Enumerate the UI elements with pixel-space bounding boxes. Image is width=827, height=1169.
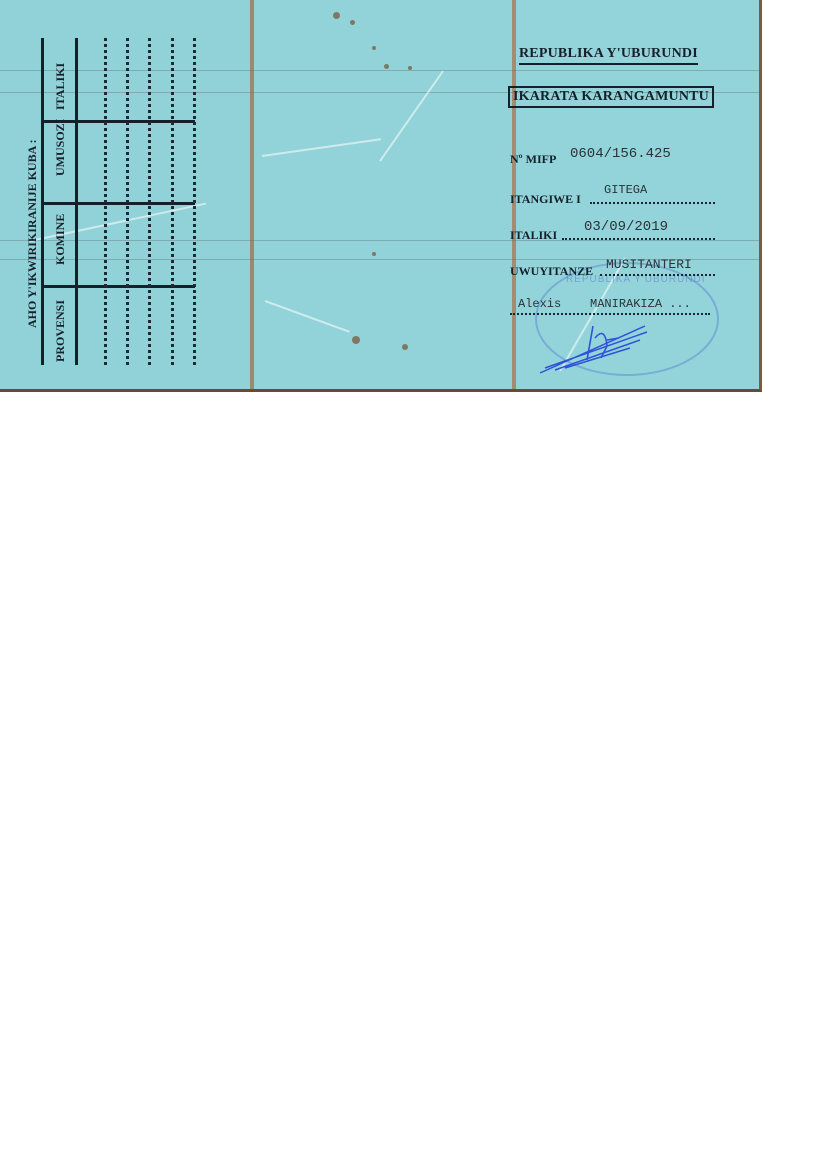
column-komine: KOMINE (53, 214, 68, 265)
stain (333, 12, 340, 19)
entry-line (193, 38, 196, 365)
entry-line (171, 38, 174, 365)
issuer-name: Alexis MANIRAKIZA ... (518, 297, 691, 311)
card-title: IKARATA KARANGAMUNTU (508, 86, 714, 108)
entry-line (104, 38, 107, 365)
issuer-label: UWUYITANZE (510, 264, 593, 279)
republic-heading: REPUBLIKA Y'UBURUNDI (519, 46, 698, 65)
signature (535, 318, 655, 378)
issuer-title: MUSITANTERI (606, 257, 692, 272)
date-value: 03/09/2019 (584, 219, 668, 235)
dotted-line (600, 274, 715, 276)
address-heading: AHO Y'IKWIRIKIRANIJE KUBA : (25, 139, 40, 328)
entry-line (126, 38, 129, 365)
stain (372, 252, 376, 256)
entry-line (148, 38, 151, 365)
column-umusozi: UMUSOZI (53, 119, 68, 176)
issued-at-value: GITEGA (604, 183, 647, 197)
stain (372, 46, 376, 50)
column-provensi: PROVENSI (53, 300, 68, 362)
stain (350, 20, 355, 25)
dotted-line (562, 238, 715, 240)
middle-panel (250, 0, 516, 389)
dotted-line (590, 202, 715, 204)
stain (384, 64, 389, 69)
dotted-line (510, 313, 710, 315)
column-italiki: ITALIKI (53, 63, 68, 110)
date-label: ITALIKI (510, 228, 557, 243)
stain (402, 344, 408, 350)
address-table: AHO Y'IKWIRIKIRANIJE KUBA : PROVENSI KOM… (0, 0, 250, 389)
identity-card: AHO Y'IKWIRIKIRANIJE KUBA : PROVENSI KOM… (0, 0, 762, 392)
mifp-number: 0604/156.425 (570, 146, 671, 162)
stain (352, 336, 360, 344)
stain (408, 66, 412, 70)
issued-at-label: ITANGIWE I (510, 192, 581, 207)
mifp-label: Nº MIFP (510, 152, 556, 167)
